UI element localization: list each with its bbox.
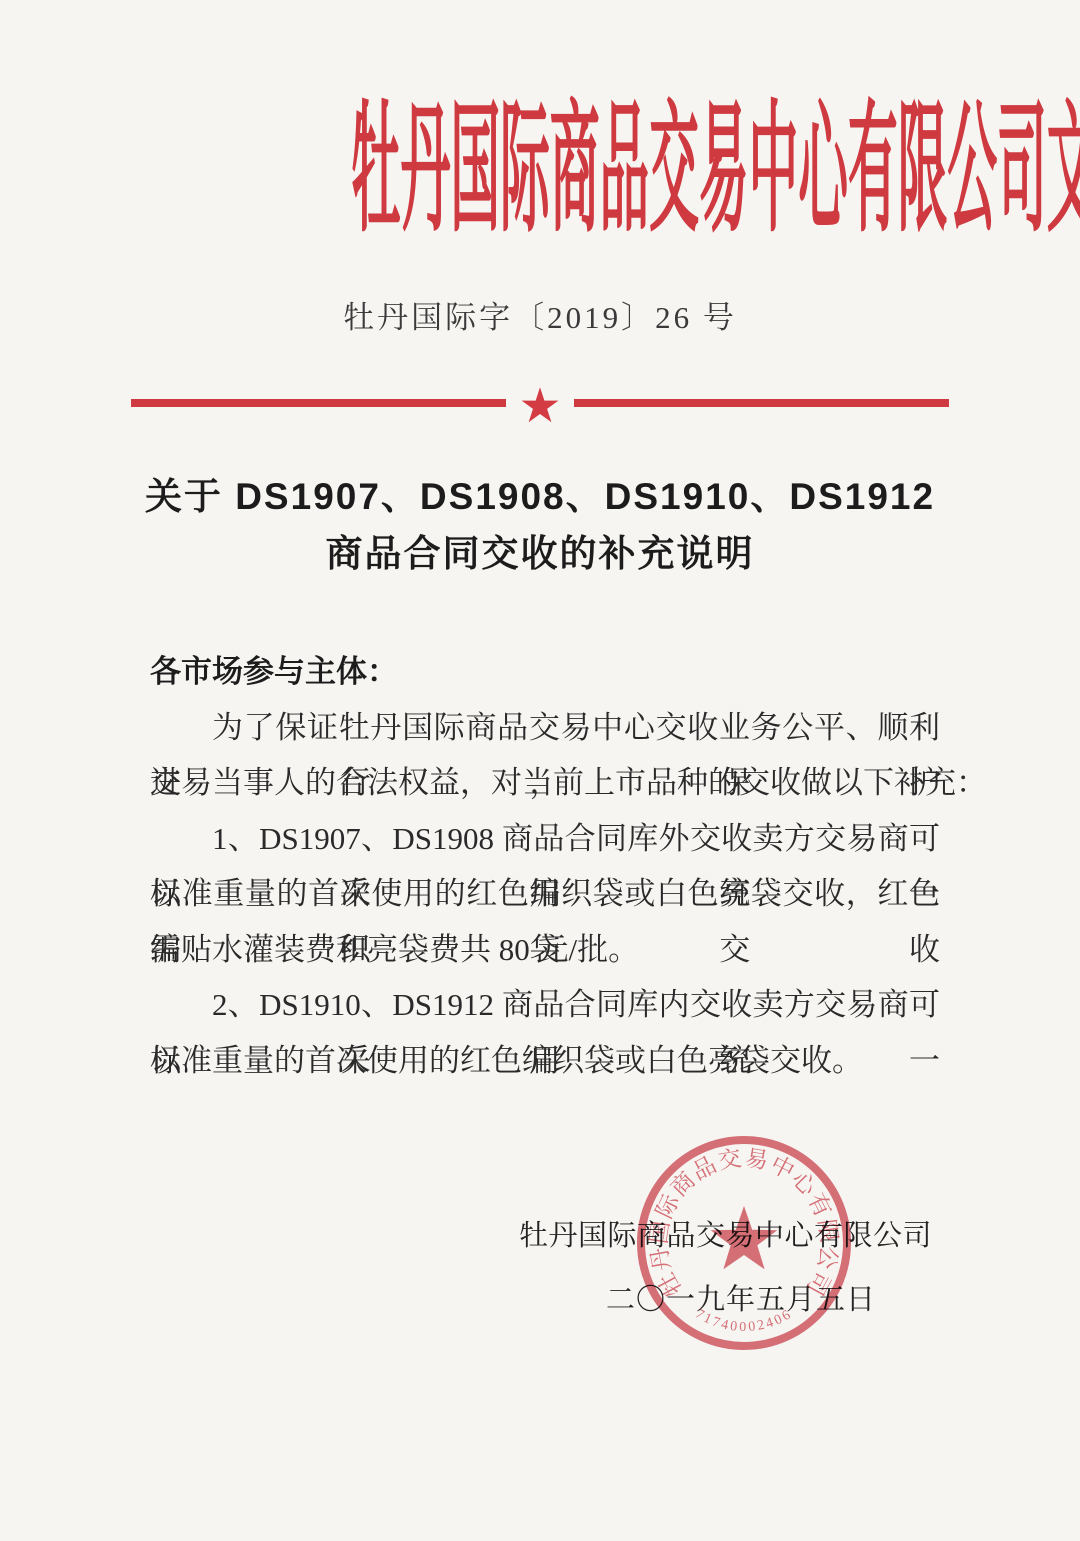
signature-date: 二〇一九年五月五日 xyxy=(0,1282,1080,1318)
body-line: 标准重量的首次使用的红色编织袋或白色亮袋交收。 xyxy=(150,1033,940,1089)
header-divider: ★ xyxy=(0,380,1080,426)
subject-line-1: 关于 DS1907、DS1908、DS1910、DS1912 xyxy=(0,468,1080,525)
official-document-page: 牡丹国际商品交易中心有限公司文件 牡丹国际字〔2019〕26 号 ★ 关于 DS… xyxy=(0,0,1080,1541)
body-line: 为了保证牡丹国际商品交易中心交收业务公平、顺利进行，保护 xyxy=(150,700,940,756)
letterhead-title: 牡丹国际商品交易中心有限公司文件 xyxy=(351,86,729,254)
divider-rule-right xyxy=(574,399,949,407)
body-line: 交易当事人的合法权益，对当前上市品种的交收做以下补充： xyxy=(150,755,940,811)
signature-company: 牡丹国际商品交易中心有限公司 xyxy=(0,1218,1080,1254)
body-line: 标准重量的首次使用的红色编织袋或白色亮袋交收，红色编织袋交收 xyxy=(150,866,940,922)
divider-rule-left xyxy=(131,399,506,407)
document-number: 牡丹国际字〔2019〕26 号 xyxy=(0,300,1080,336)
body-line: 1、DS1907、DS1908 商品合同库外交收卖方交易商可以采用统一 xyxy=(150,811,940,867)
star-icon: ★ xyxy=(518,382,561,430)
subject-heading: 关于 DS1907、DS1908、DS1910、DS1912 商品合同交收的补充… xyxy=(0,468,1080,582)
salutation-line: 各市场参与主体： xyxy=(150,644,940,700)
subject-line-2: 商品合同交收的补充说明 xyxy=(0,525,1080,582)
body-line: 2、DS1910、DS1912 商品合同库内交收卖方交易商可以采用统一 xyxy=(150,977,940,1033)
document-body: 各市场参与主体： 为了保证牡丹国际商品交易中心交收业务公平、顺利进行，保护 交易… xyxy=(0,644,1080,1088)
